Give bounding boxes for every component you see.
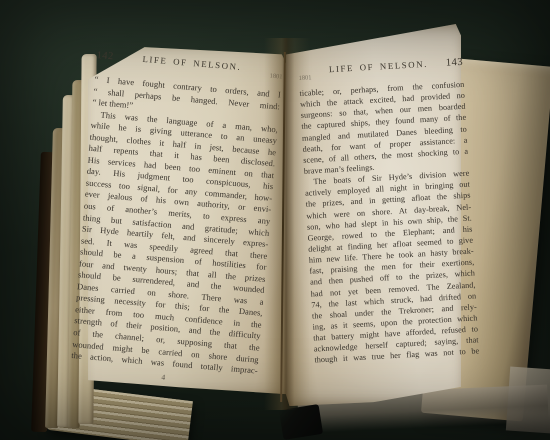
right-page-number: 143 xyxy=(446,57,464,69)
photo-of-open-book: 142 LIFE OF NELSON. 1801 “ I have fought… xyxy=(0,0,550,440)
left-page-number: 142 xyxy=(96,50,114,62)
book-clasp-shadow xyxy=(279,404,323,440)
right-page-year: 1801 xyxy=(299,74,312,82)
right-page-body: ticable; or, perhaps, from the confusion… xyxy=(299,79,479,366)
left-page-body: “ I have fought contrary to orders, and … xyxy=(70,74,282,391)
left-page-year: 1801 xyxy=(269,73,282,81)
left-page-text: 142 LIFE OF NELSON. 1801 “ I have fought… xyxy=(70,50,284,391)
right-page-text: 1801 LIFE OF NELSON. 143 ticable; or, pe… xyxy=(298,57,480,366)
